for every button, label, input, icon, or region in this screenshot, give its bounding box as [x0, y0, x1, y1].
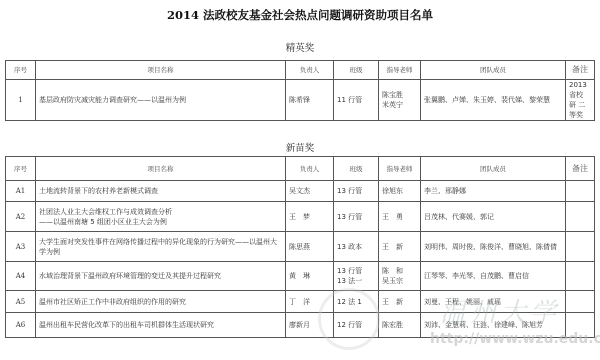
cell-advisor: 陈宏胜	[379, 313, 421, 338]
cell-advisor: 王 新	[379, 291, 421, 313]
cell-remarks	[566, 262, 595, 291]
cell-project: 水域治理背景下温州政府环境管理的变迁及其提升过程研究	[36, 262, 286, 291]
section-title-seedling: 新苗奖	[0, 140, 600, 154]
cell-class: 11 行管	[334, 80, 379, 121]
cell-advisor: 陈宝胜 米英宁	[379, 80, 421, 121]
header-project: 项目名称	[36, 61, 286, 80]
cell-remarks: 2013 省校 研 二等奖	[566, 80, 595, 121]
cell-class: 13 行管	[334, 202, 379, 232]
header-project: 项目名称	[36, 157, 286, 181]
cell-leader: 王 梦	[286, 202, 334, 232]
watermark-name: 温州大学	[440, 292, 560, 329]
header-leader: 负责人	[286, 61, 334, 80]
table-row: A1 土地流转背景下的农村养老新模式调查 吴文杰 13 行管 徐旭东 李兰、邢静…	[6, 181, 595, 202]
table-row: 1 基层政府防灾减灾能力调查研究——以温州为例 陈希锋 11 行管 陈宝胜 米英…	[6, 80, 595, 121]
cell-leader: 陈思燕	[286, 232, 334, 262]
header-advisor: 指导老师	[379, 157, 421, 181]
cell-project: 社团法人业主大会维权工作与成效调查分析 ——以温州南塘 5 组团小区业主大会为例	[36, 202, 286, 232]
header-class: 班级	[334, 61, 379, 80]
header-class: 班级	[334, 157, 379, 181]
header-remarks: 备注	[566, 157, 595, 181]
cell-seq: A4	[6, 262, 36, 291]
cell-project: 基层政府防灾减灾能力调查研究——以温州为例	[36, 80, 286, 121]
project-line-1: 社团法人业主大会维权工作与成效调查分析	[39, 207, 282, 217]
cell-seq: A3	[6, 232, 36, 262]
header-remarks: 备注	[566, 61, 595, 80]
section-title-elite: 精英奖	[0, 40, 600, 54]
advisor-1: 陈宝胜	[382, 90, 417, 100]
cell-leader: 陈希锋	[286, 80, 334, 121]
university-seal-watermark	[318, 288, 380, 350]
cell-class: 13 政本	[334, 232, 379, 262]
header-team: 团队成员	[421, 157, 566, 181]
cell-seq: A5	[6, 291, 36, 313]
cell-seq: A1	[6, 181, 36, 202]
header-seq: 序号	[6, 157, 36, 181]
table-row: A3 大学生面对突发性事件在网络传播过程中的异化现象的行为研究——以温州大学为例…	[6, 232, 595, 262]
class-1: 13 行管	[337, 266, 375, 276]
cell-remarks	[566, 181, 595, 202]
header-leader: 负责人	[286, 157, 334, 181]
table-row: A4 水域治理背景下温州政府环境管理的变迁及其提升过程研究 黄 琳 13 行管 …	[6, 262, 595, 291]
cell-seq: 1	[6, 80, 36, 121]
cell-advisor: 徐旭东	[379, 181, 421, 202]
header-seq: 序号	[6, 61, 36, 80]
table-header-row: 序号 项目名称 负责人 班级 指导老师 团队成员 备注	[6, 61, 595, 80]
header-team: 团队成员	[421, 61, 566, 80]
watermark-url: http://www.wzu.edu.cn	[430, 331, 600, 347]
project-line-2: ——以温州南塘 5 组团小区业主大会为例	[39, 217, 282, 227]
cell-project: 大学生面对突发性事件在网络传播过程中的异化现象的行为研究——以温州大学为例	[36, 232, 286, 262]
cell-project: 温州市社区矫正工作中非政府组织的作用的研究	[36, 291, 286, 313]
cell-class: 13 行管 13 法一	[334, 262, 379, 291]
cell-project: 温州出租车民营化改革下的出租车司机群体生活现状研究	[36, 313, 286, 338]
cell-seq: A6	[6, 313, 36, 338]
cell-seq: A2	[6, 202, 36, 232]
cell-advisor: 王 勇	[379, 202, 421, 232]
document-title: 2014 法政校友基金社会热点问题调研资助项目名单	[0, 7, 600, 23]
class-2: 13 法一	[337, 276, 375, 286]
advisor-1: 陈 和	[382, 266, 417, 276]
elite-table: 序号 项目名称 负责人 班级 指导老师 团队成员 备注 1 基层政府防灾减灾能力…	[5, 60, 595, 121]
table-header-row: 序号 项目名称 负责人 班级 指导老师 团队成员 备注	[6, 157, 595, 181]
cell-leader: 吴文杰	[286, 181, 334, 202]
cell-team: 吕茂林、代赛媛、郭记	[421, 202, 566, 232]
cell-team: 江琴琴、李光琴、自茂鹏、曹启信	[421, 262, 566, 291]
cell-team: 张翼鹏、卢婵、朱玉婷、裴代娣、黎荣慧	[421, 80, 566, 121]
cell-project: 土地流转背景下的农村养老新模式调查	[36, 181, 286, 202]
table-row: A2 社团法人业主大会维权工作与成效调查分析 ——以温州南塘 5 组团小区业主大…	[6, 202, 595, 232]
cell-advisor: 陈 和 吴玉宗	[379, 262, 421, 291]
header-advisor: 指导老师	[379, 61, 421, 80]
cell-remarks	[566, 232, 595, 262]
cell-remarks	[566, 291, 595, 313]
advisor-2: 吴玉宗	[382, 276, 417, 286]
cell-leader: 黄 琳	[286, 262, 334, 291]
cell-class: 13 行管	[334, 181, 379, 202]
advisor-2: 米英宁	[382, 100, 417, 110]
cell-team: 刘明伟、周时俊、陈俊洋、曹晓旭、陈倩倩	[421, 232, 566, 262]
cell-advisor: 王 新	[379, 232, 421, 262]
cell-remarks	[566, 202, 595, 232]
cell-team: 李兰、邢静娜	[421, 181, 566, 202]
